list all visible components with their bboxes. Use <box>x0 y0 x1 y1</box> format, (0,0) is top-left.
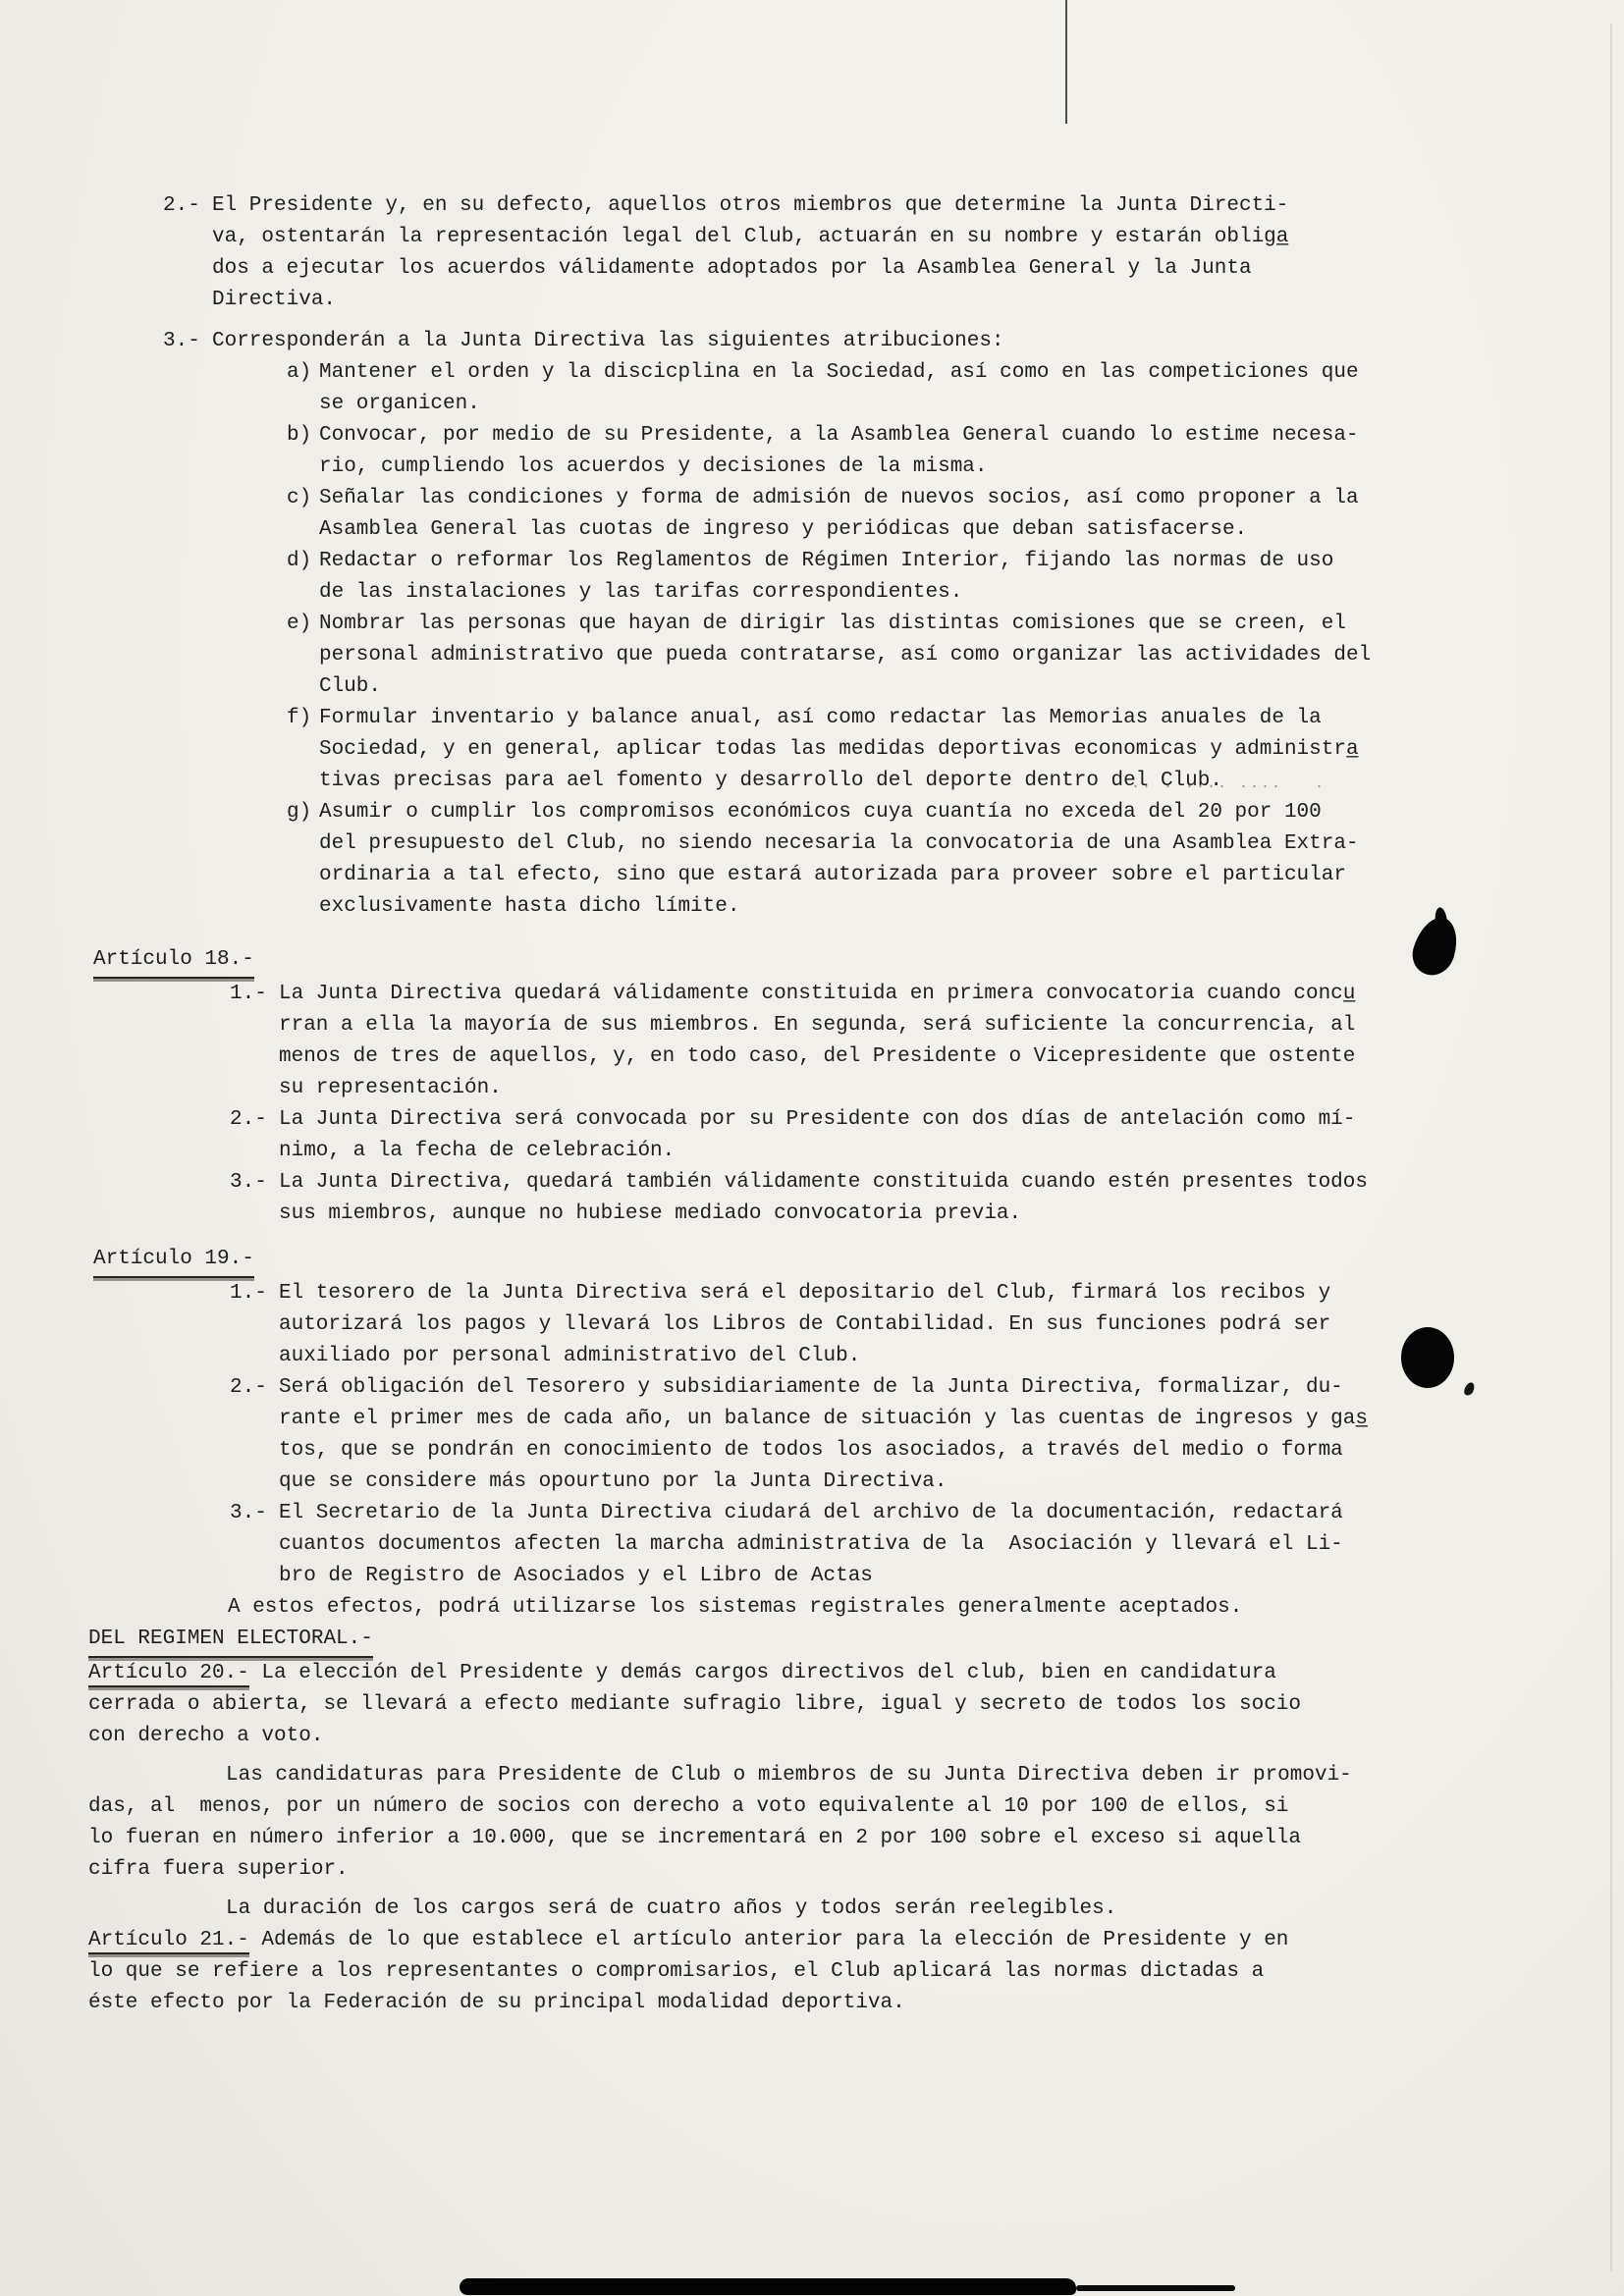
list-item-2-text: El Presidente y, en su defecto, aquellos… <box>212 190 1288 316</box>
article-18-item-2-text: La Junta Directiva será convocada por su… <box>279 1104 1355 1167</box>
letter-item-c: c) Señalar las condiciones y forma de ad… <box>287 483 1624 546</box>
electoral-section-heading-text: DEL REGIMEN ELECTORAL.- <box>88 1624 373 1658</box>
letter-item-e: e) Nombrar las personas que hayan de dir… <box>287 609 1624 703</box>
article-18-item-2-marker: 2.- <box>230 1104 279 1167</box>
article-21-lead-text: Además de lo que establece el artículo a… <box>88 1929 1288 2014</box>
scan-bottom-streak-thin <box>1076 2285 1235 2291</box>
article-18-item-1: 1.- La Junta Directiva quedará válidamen… <box>230 979 1624 1104</box>
article-19-item-3: 3.- El Secretario de la Junta Directiva … <box>230 1498 1624 1592</box>
list-item-3: 3.- Corresponderán a la Junta Directiva … <box>163 326 1624 357</box>
article-19-item-2-text: Será obligación del Tesorero y subsidiar… <box>279 1372 1368 1498</box>
letter-item-c-text: Señalar las condiciones y forma de admis… <box>319 483 1359 546</box>
letter-item-b: b) Convocar, por medio de su Presidente,… <box>287 420 1624 483</box>
article-18-item-1-text: La Junta Directiva quedará válidamente c… <box>279 979 1355 1104</box>
article-18-item-2: 2.- La Junta Directiva será convocada po… <box>230 1104 1624 1167</box>
scan-vertical-line <box>1065 0 1067 124</box>
letter-item-a-text: Mantener el orden y la discicplina en la… <box>319 357 1359 420</box>
article-19-item-3-text: El Secretario de la Junta Directiva ciud… <box>279 1498 1343 1592</box>
scan-artifact-dots: ·· · ···· ···· · <box>1131 772 1326 803</box>
article-21-paragraph: Artículo 21.- Además de lo que establece… <box>88 1925 1624 2019</box>
article-20-lead-text: La elección del Presidente y demás cargo… <box>88 1662 1301 1747</box>
list-item-3-marker: 3.- <box>163 326 212 357</box>
article-19-item-1-text: El tesorero de la Junta Directiva será e… <box>279 1278 1330 1372</box>
letter-item-d-text: Redactar o reformar los Reglamentos de R… <box>319 546 1333 609</box>
list-item-2-marker: 2.- <box>163 190 212 316</box>
letter-item-g-text: Asumir o cumplir los compromisos económi… <box>319 797 1359 923</box>
article-19-heading-text: Artículo 19.- <box>93 1244 254 1278</box>
letter-item-f: f) Formular inventario y balance anual, … <box>287 703 1624 797</box>
letter-item-e-text: Nombrar las personas que hayan de dirigi… <box>319 609 1371 703</box>
letter-item-g-marker: g) <box>287 797 319 923</box>
article-21-heading-text: Artículo 21.- <box>88 1929 249 1954</box>
article-18-item-3-marker: 3.- <box>230 1167 279 1230</box>
letter-item-a: a) Mantener el orden y la discicplina en… <box>287 357 1624 420</box>
letter-item-e-marker: e) <box>287 609 319 703</box>
article-20-paragraph: Artículo 20.- La elección del Presidente… <box>88 1658 1624 1752</box>
article-20-paragraph-2: Las candidaturas para Presidente de Club… <box>88 1760 1624 1886</box>
letter-item-b-marker: b) <box>287 420 319 483</box>
letter-item-c-marker: c) <box>287 483 319 546</box>
letter-item-g: g) Asumir o cumplir los compromisos econ… <box>287 797 1624 923</box>
article-20-paragraph-3: La duración de los cargos será de cuatro… <box>88 1894 1624 1925</box>
list-item-3-text: Corresponderán a la Junta Directiva las … <box>212 326 1004 357</box>
article-18-item-1-marker: 1.- <box>230 979 279 1104</box>
letter-item-f-marker: f) <box>287 703 319 797</box>
article-18-heading-text: Artículo 18.- <box>93 944 254 979</box>
scan-bottom-streak <box>460 2278 1076 2295</box>
letter-item-d-marker: d) <box>287 546 319 609</box>
letter-item-d: d) Redactar o reformar los Reglamentos d… <box>287 546 1624 609</box>
article-20-heading-text: Artículo 20.- <box>88 1662 249 1687</box>
electoral-section-heading: DEL REGIMEN ELECTORAL.- <box>88 1624 1624 1658</box>
ink-blob-bottom <box>1401 1327 1454 1388</box>
article-18-heading: Artículo 18.- <box>93 944 1624 979</box>
article-19-item-2-marker: 2.- <box>230 1372 279 1498</box>
scan-edge-line <box>1610 24 1612 2271</box>
letter-item-b-text: Convocar, por medio de su Presidente, a … <box>319 420 1359 483</box>
article-19-item-3-marker: 3.- <box>230 1498 279 1592</box>
article-19-item-2: 2.- Será obligación del Tesorero y subsi… <box>230 1372 1624 1498</box>
article-19-heading: Artículo 19.- <box>93 1244 1624 1278</box>
letter-item-a-marker: a) <box>287 357 319 420</box>
document-page: 2.- El Presidente y, en su defecto, aque… <box>0 0 1624 2296</box>
article-19-note: A estos efectos, podrá utilizarse los si… <box>228 1592 1624 1624</box>
list-item-2: 2.- El Presidente y, en su defecto, aque… <box>163 190 1624 316</box>
article-19-item-1-marker: 1.- <box>230 1278 279 1372</box>
article-18-item-3-text: La Junta Directiva, quedará también váli… <box>279 1167 1368 1230</box>
article-18-item-3: 3.- La Junta Directiva, quedará también … <box>230 1167 1624 1230</box>
